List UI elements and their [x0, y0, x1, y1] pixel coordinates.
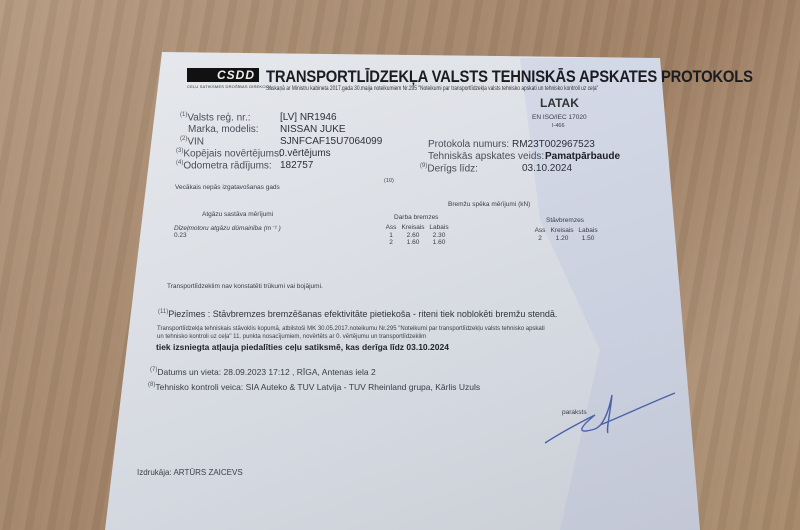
service-brake-table: AssKreisaisLabais12.602.3021.601.60: [382, 224, 452, 247]
accreditation-standard: EN ISO/IEC 17020: [532, 114, 587, 121]
printed-by-label: Izdrukāja:: [137, 468, 172, 477]
table-header-row: AssKreisaisLabais: [382, 224, 452, 232]
table-cell: 1.50: [575, 235, 601, 243]
inspection-type-value: Pamatpārbaude: [545, 151, 620, 162]
remarks-label: Piezīmes :: [168, 309, 210, 319]
table-cell: 2: [382, 239, 400, 247]
odometer-label: Odometra rādījums:: [183, 160, 271, 171]
compliance-text-line1: Transportlīdzekļa tehniskais stāvoklis k…: [157, 326, 545, 332]
inspector-value: SIA Auteko & TUV Latvija - TUV Rheinland…: [246, 382, 481, 392]
table-cell: Kreisais: [400, 224, 426, 232]
table-row: 21.201.50: [531, 235, 601, 243]
table-cell: Ass: [531, 227, 549, 235]
protocol-number-value: RM23T002967523: [512, 139, 595, 150]
handwritten-signature: [540, 385, 680, 455]
table-cell: 2.60: [400, 232, 426, 240]
overall-rating-value: 0.vērtējums: [279, 148, 331, 159]
table-cell: Kreisais: [549, 227, 575, 235]
no-defects-statement: Transportlīdzeklim nav konstatēti trūkum…: [167, 283, 323, 290]
table-cell: 2: [531, 235, 549, 243]
table-cell: 2.30: [426, 232, 452, 240]
document-title: TRANSPORTLĪDZEKĻA VALSTS TEHNISKĀS APSKA…: [266, 67, 753, 87]
logo-subtitle: CEĻU SATIKSMES DROŠĪBAS DIREKCIJA: [187, 84, 272, 89]
table-cell: 1: [382, 232, 400, 240]
exhaust-title: Atgāzu sastāva mērījumi: [202, 211, 273, 218]
compliance-text-line2: un tehnisko kontroli uz ceļa" 11. punkta…: [157, 334, 426, 340]
accreditation-number: I-466: [552, 123, 565, 129]
valid-until-value: 03.10.2024: [522, 163, 572, 174]
road-permit-statement: tiek izsniegta atļauja piedalīties ceļu …: [156, 342, 449, 352]
reg-number-label: Valsts reģ. nr.:: [187, 112, 250, 123]
inspector-label: Tehnisko kontroli veica:: [155, 382, 243, 392]
exhaust-smoke-label: Dīzeļmotoru atgāzu dūmainība (m⁻¹ ): [174, 224, 281, 232]
inspection-type-label: Tehniskās apskates veids:: [428, 151, 544, 162]
remarks-text: Stāvbremzes bremzēšanas efektivitāte pie…: [213, 309, 558, 319]
document-subtitle: Saskaņā ar Ministru kabineta 2017.gada 3…: [266, 85, 598, 92]
csdd-logo: CSDD: [187, 68, 259, 82]
service-brake-title: Darba bremzes: [394, 214, 438, 221]
valid-until-label: Derīgs līdz:: [427, 163, 478, 174]
brake-force-title: Bremžu spēka mērījumi (kN): [448, 201, 530, 208]
odometer-value: 182757: [280, 160, 313, 171]
table-cell: 1.60: [400, 239, 426, 247]
date-place-value: 28.09.2023 17:12 , RĪGA, Antenas iela 2: [224, 367, 376, 377]
printed-by-value: ARTŪRS ZAICEVS: [173, 468, 242, 477]
protocol-number-label: Protokola numurs:: [428, 139, 509, 150]
latak-accreditation-logo: LATAK: [540, 96, 579, 110]
make-model-value: NISSAN JUKE: [280, 124, 346, 135]
table-row: 12.602.30: [382, 232, 452, 240]
overall-rating-label: Kopējais novērtējums:: [183, 148, 281, 159]
vin-value: SJNFCAF15U7064099: [280, 136, 382, 147]
make-model-label: Marka, modelis:: [188, 124, 259, 135]
table-row: 21.601.60: [382, 239, 452, 247]
parking-brake-table: AssKreisaisLabais21.201.50: [531, 227, 601, 242]
footnote-marker-10: (10): [384, 178, 394, 184]
table-cell: Labais: [426, 224, 452, 232]
vin-label: VIN: [187, 136, 204, 147]
date-place-label: Datums un vieta:: [157, 367, 221, 377]
table-cell: Ass: [382, 224, 400, 232]
parking-brake-title: Stāvbremzes: [546, 217, 584, 224]
table-header-row: AssKreisaisLabais: [531, 227, 601, 235]
table-cell: Labais: [575, 227, 601, 235]
exhaust-smoke-value: 0.23: [174, 232, 187, 239]
table-cell: 1.20: [549, 235, 575, 243]
manufacture-year-label: Vecākais nepās izgatavošanas gads: [175, 184, 280, 191]
reg-number-value: [LV] NR1946: [280, 112, 337, 123]
table-cell: 1.60: [426, 239, 452, 247]
